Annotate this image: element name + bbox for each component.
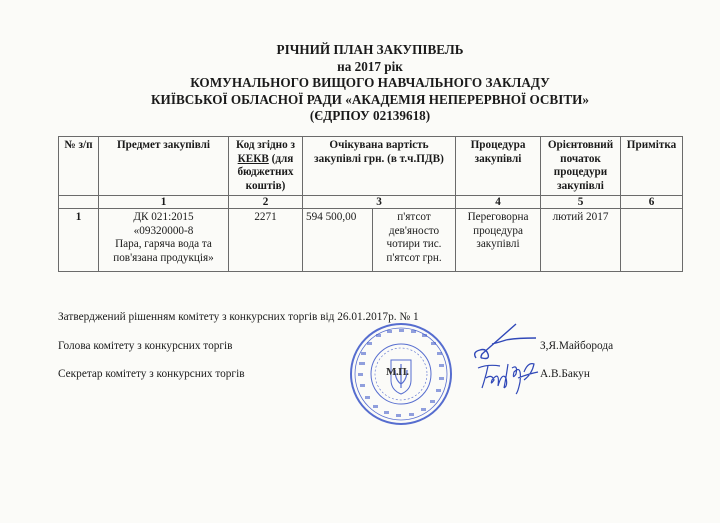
- header-note: Примітка: [621, 137, 683, 196]
- colnum-2: 2: [229, 196, 303, 209]
- row-cost-words: п'ятсот дев'яносто чотири тис. п'ятсот г…: [373, 209, 456, 272]
- row-subject-line-3: Пара, гаряча вода та: [102, 238, 225, 252]
- header-num: № з/п: [59, 137, 99, 196]
- row-subject-line-4: пов'язана продукція»: [102, 252, 225, 266]
- secretary-name: А.В.Бакун: [540, 368, 590, 380]
- row-note: [621, 209, 683, 272]
- title-line-2: на 2017 рік: [0, 59, 720, 76]
- title-line-5: (ЄДРПОУ 02139618): [0, 108, 720, 125]
- header-procedure: Процедура закупівлі: [456, 137, 541, 196]
- document-page: РІЧНИЙ ПЛАН ЗАКУПІВЕЛЬ на 2017 рік КОМУН…: [0, 0, 720, 523]
- row-num: 1: [59, 209, 99, 272]
- stamp-mp-label: М.П.: [386, 366, 408, 378]
- row-cost-number: 594 500,00: [303, 209, 373, 272]
- colnum-5: 5: [541, 196, 621, 209]
- title-line-3: КОМУНАЛЬНОГО ВИЩОГО НАВЧАЛЬНОГО ЗАКЛАДУ: [0, 75, 720, 92]
- row-cost-words-line-2: дев'яносто: [376, 225, 452, 239]
- header-start: Орієнтовний початок процедури закупівлі: [541, 137, 621, 196]
- colnum-1: 1: [99, 196, 229, 209]
- row-subject-line-2: «09320000-8: [102, 225, 225, 239]
- chair-name: З,Я.Майборода: [540, 340, 613, 352]
- row-cost-words-line-3: чотири тис.: [376, 238, 452, 252]
- row-subject: ДК 021:2015 «09320000-8 Пара, гаряча вод…: [99, 209, 229, 272]
- title-line-1: РІЧНИЙ ПЛАН ЗАКУПІВЕЛЬ: [0, 42, 720, 59]
- colnum-empty: [59, 196, 99, 209]
- colnum-4: 4: [456, 196, 541, 209]
- header-code: Код згідно з КЕКВ (для бюджетних коштів): [229, 137, 303, 196]
- title-line-4: КИЇВСЬКОЇ ОБЛАСНОЇ РАДИ «АКАДЕМІЯ НЕПЕРЕ…: [0, 92, 720, 109]
- chair-label: Голова комітету з конкурсних торгів: [58, 340, 232, 352]
- colnum-6: 6: [621, 196, 683, 209]
- row-subject-line-1: ДК 021:2015: [102, 211, 225, 225]
- secretary-label: Секретар комітету з конкурсних торгів: [58, 368, 245, 380]
- column-number-row: 1 2 3 4 5 6: [59, 196, 683, 209]
- header-subject: Предмет закупівлі: [99, 137, 229, 196]
- row-start: лютий 2017: [541, 209, 621, 272]
- kekv-link[interactable]: КЕКВ: [238, 153, 269, 165]
- header-row: № з/п Предмет закупівлі Код згідно з КЕК…: [59, 137, 683, 196]
- header-cost: Очікувана вартість закупівлі грн. (в т.ч…: [303, 137, 456, 196]
- table-row: 1 ДК 021:2015 «09320000-8 Пара, гаряча в…: [59, 209, 683, 272]
- colnum-3: 3: [303, 196, 456, 209]
- row-cost-words-line-4: п'ятсот грн.: [376, 252, 452, 266]
- procurement-table: № з/п Предмет закупівлі Код згідно з КЕК…: [58, 136, 683, 272]
- document-title: РІЧНИЙ ПЛАН ЗАКУПІВЕЛЬ на 2017 рік КОМУН…: [0, 42, 720, 125]
- secretary-signature-icon: [474, 358, 544, 396]
- row-code: 2271: [229, 209, 303, 272]
- row-cost-words-line-1: п'ятсот: [376, 211, 452, 225]
- header-code-prefix: Код згідно з: [236, 139, 295, 151]
- row-procedure: Переговорна процедура закупівлі: [456, 209, 541, 272]
